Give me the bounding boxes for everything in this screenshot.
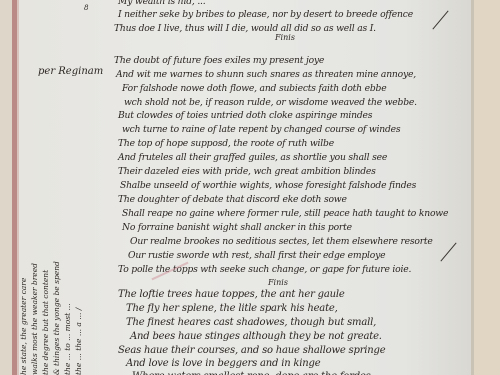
mount-right-edge (474, 0, 500, 375)
poem-line: No forraine banisht wight shall ancker i… (122, 223, 352, 232)
poem-line: Shall reape no gaine where former rule, … (122, 209, 448, 218)
poem-line: For falshode nowe doth flowe, and subiec… (122, 84, 386, 93)
poem-line: The doubt of future foes exiles my prese… (114, 56, 324, 65)
rotated-margin-note: he state, the greater care walks most th… (18, 255, 84, 375)
finis-mark: Finis (268, 278, 288, 287)
poem-line: The finest heares cast shadowes, though … (126, 318, 376, 328)
poem-line: The doughter of debate that discord eke … (118, 195, 347, 204)
finis-mark: Finis (275, 33, 295, 42)
folio-mark: 8 (84, 4, 88, 12)
poem-line: The fly her splene, the litle spark his … (126, 304, 338, 314)
poem-line: And love is love in beggers and in kinge (126, 359, 320, 369)
margin-note-line: the ... to ... most ... (62, 255, 73, 375)
poem-line: The top of hope supposd, the roote of ru… (118, 139, 334, 148)
poem-line: And fruteles all their graffed guiles, a… (118, 153, 387, 162)
poem-line: Our rustie sworde wth rest, shall first … (128, 251, 385, 260)
margin-note-line: walks most the weaker breed (29, 255, 40, 375)
margin-note-line: the ... the ... a ... / (73, 255, 84, 375)
poem-line: The loftie trees haue toppes, the ant he… (118, 290, 345, 300)
mount-left-edge (0, 0, 12, 375)
margin-note-line: & thinges the yonge be spend (51, 255, 62, 375)
poem-line: Shalbe unseeld of worthie wights, whose … (120, 181, 416, 190)
prev-poem-line: My wealth is hid, ... (118, 0, 205, 6)
margin-note-line: he state, the greater care (18, 255, 29, 375)
poem-line: Seas haue their courses, and so haue sha… (118, 346, 385, 356)
poem-line: Our realme brookes no seditious sectes, … (130, 237, 433, 246)
poem-line: wch shold not be, if reason rulde, or wi… (124, 98, 417, 107)
prev-poem-line: Thus doe I live, thus will I die, would … (114, 24, 376, 33)
margin-note-line: the degree but that content (40, 255, 51, 375)
prev-poem-line: I neither seke by bribes to please, nor … (118, 10, 413, 19)
poem-line: But clowdes of toies untried doth cloke … (118, 111, 372, 120)
poem-line: And bees haue stinges although they be n… (130, 332, 382, 342)
poem-line: And wit me warnes to shunn such snares a… (116, 70, 416, 79)
poem-line: wch turne to raine of late repent by cha… (122, 125, 400, 134)
poem-line: Their dazeled eies with pride, wch great… (118, 167, 376, 176)
margin-attribution: per Reginam (38, 66, 103, 77)
